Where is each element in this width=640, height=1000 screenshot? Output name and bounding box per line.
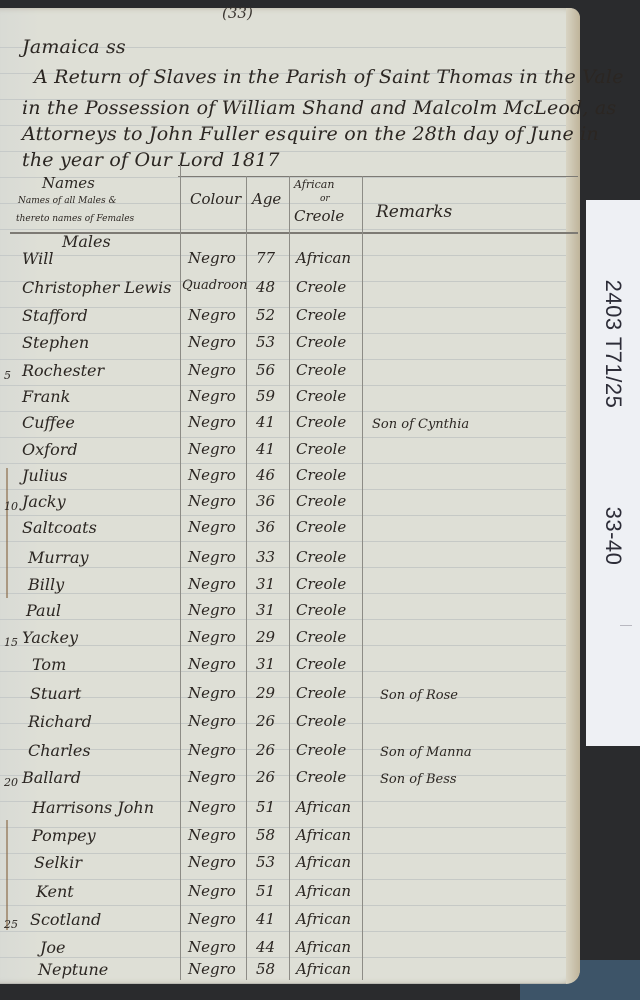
name-cell: Cuffee [22,413,75,432]
age-cell: 33 [256,548,275,566]
origin-cell: Creole [296,655,346,673]
header-origin-or: or [320,194,330,204]
remarks-cell: Son of Cynthia [372,417,469,432]
heading-line-4: Attorneys to John Fuller esquire on the … [22,123,599,145]
table-row: Richard Negro 26 Creole [0,712,560,738]
table-row: Stafford Negro 52 Creole [0,306,560,332]
origin-cell: African [296,826,351,844]
colour-cell: Negro [188,910,236,928]
origin-cell: Creole [296,361,346,379]
colour-cell: Negro [188,768,236,786]
age-cell: 36 [256,492,275,510]
colour-cell: Negro [188,492,236,510]
colour-cell: Negro [188,741,236,759]
row-number: 15 [4,636,18,649]
origin-cell: Creole [296,684,346,702]
table-row: Harrisons John Negro 51 African [0,798,560,824]
origin-cell: Creole [296,628,346,646]
age-cell: 26 [256,712,275,730]
colour-cell: Negro [188,882,236,900]
heading-line-3: in the Possession of William Shand and M… [22,97,616,119]
name-cell: Julius [22,466,67,485]
name-cell: Paul [26,601,61,620]
age-cell: 52 [256,306,275,324]
row-number: 5 [4,369,11,382]
header-origin-creole: Creole [294,207,344,225]
age-cell: 58 [256,960,275,978]
table-row: Frank Negro 59 Creole [0,387,560,413]
table-row: Selkir Negro 53 African [0,853,560,879]
colour-cell: Negro [188,306,236,324]
table-row: Paul Negro 31 Creole [0,601,560,627]
name-cell: Jacky [22,492,66,511]
origin-cell: African [296,853,351,871]
archive-page-range: 33-40 [600,507,626,566]
colour-cell: Negro [188,853,236,871]
heading-line-2: A Return of Slaves in the Parish of Sain… [34,66,624,88]
name-cell: Christopher Lewis [22,278,171,297]
origin-cell: Creole [296,548,346,566]
header-names-sub2: thereto names of Females [16,214,134,224]
name-cell: Yackey [22,628,78,647]
label-mark [620,625,632,626]
origin-cell: Creole [296,413,346,431]
age-cell: 41 [256,413,275,431]
header-names-sub1: Names of all Males & [18,196,116,206]
header-age: Age [252,190,281,208]
colour-cell: Negro [188,333,236,351]
heading-line-1: Jamaica ss [22,36,126,58]
age-cell: 56 [256,361,275,379]
age-cell: 77 [256,249,275,267]
colour-cell: Negro [188,249,236,267]
colour-cell: Negro [188,413,236,431]
age-cell: 58 [256,826,275,844]
header-names: Names [42,174,95,192]
name-cell: Harrisons John [32,798,154,817]
table-row: Christopher Lewis Quadroon 48 Creole [0,278,560,304]
table-row: Oxford Negro 41 Creole [0,440,560,466]
table-row: Kent Negro 51 African [0,882,560,908]
name-cell: Ballard [22,768,81,787]
table-row: 20 Ballard Negro 26 Creole Son of Bess [0,768,560,794]
table-row: Neptune Negro 58 African [0,960,560,986]
name-cell: Charles [28,741,91,760]
colour-cell: Negro [188,684,236,702]
origin-cell: Creole [296,492,346,510]
colour-cell: Negro [188,575,236,593]
colour-cell: Negro [188,361,236,379]
name-cell: Billy [28,575,64,594]
table-row: Charles Negro 26 Creole Son of Manna [0,741,560,767]
name-cell: Neptune [38,960,108,979]
name-cell: Pompey [32,826,96,845]
origin-cell: African [296,882,351,900]
colour-cell: Negro [188,387,236,405]
age-cell: 36 [256,518,275,536]
age-cell: 51 [256,798,275,816]
table-row: Saltcoats Negro 36 Creole [0,518,560,544]
header-colour: Colour [190,190,241,208]
name-cell: Rochester [22,361,104,380]
table-row: Billy Negro 31 Creole [0,575,560,601]
origin-cell: Creole [296,768,346,786]
age-cell: 29 [256,684,275,702]
age-cell: 44 [256,938,275,956]
age-cell: 46 [256,466,275,484]
row-number: 25 [4,918,18,931]
table-row: Will Negro 77 African [0,249,560,275]
origin-cell: Creole [296,601,346,619]
colour-cell: Negro [188,960,236,978]
page-number: (33) [222,4,253,22]
remarks-cell: Son of Rose [380,688,458,703]
origin-cell: Creole [296,333,346,351]
colour-cell: Negro [188,712,236,730]
origin-cell: Creole [296,518,346,536]
age-cell: 41 [256,910,275,928]
row-number: 10 [4,500,18,513]
origin-cell: African [296,249,351,267]
table-row: 25 Scotland Negro 41 African [0,910,560,936]
colour-cell: Negro [188,518,236,536]
name-cell: Oxford [22,440,78,459]
origin-cell: Creole [296,387,346,405]
age-cell: 51 [256,882,275,900]
origin-cell: African [296,938,351,956]
header-remarks: Remarks [376,202,452,222]
age-cell: 26 [256,741,275,759]
age-cell: 31 [256,575,275,593]
table-row: 5 Rochester Negro 56 Creole [0,361,560,387]
table-row: Cuffee Negro 41 Creole Son of Cynthia [0,413,560,439]
colour-cell: Negro [188,548,236,566]
age-cell: 53 [256,333,275,351]
age-cell: 31 [256,601,275,619]
colour-cell: Negro [188,938,236,956]
age-cell: 26 [256,768,275,786]
age-cell: 48 [256,278,275,296]
colour-cell: Quadroon [182,278,247,293]
name-cell: Joe [40,938,66,957]
origin-cell: Creole [296,575,346,593]
colour-cell: Negro [188,628,236,646]
age-cell: 59 [256,387,275,405]
origin-cell: African [296,798,351,816]
header-origin-african: African [294,178,334,191]
colour-cell: Negro [188,826,236,844]
name-cell: Will [22,249,54,268]
age-cell: 31 [256,655,275,673]
origin-cell: Creole [296,278,346,296]
name-cell: Tom [32,655,66,674]
name-cell: Stephen [22,333,89,352]
origin-cell: African [296,960,351,978]
name-cell: Scotland [30,910,101,929]
age-cell: 41 [256,440,275,458]
age-cell: 29 [256,628,275,646]
origin-cell: Creole [296,712,346,730]
name-cell: Stafford [22,306,88,325]
row-number: 20 [4,776,18,789]
name-cell: Saltcoats [22,518,97,537]
colour-cell: Negro [188,798,236,816]
page-edge [566,8,580,984]
table-row: Julius Negro 46 Creole [0,466,560,492]
table-row: Tom Negro 31 Creole [0,655,560,681]
colour-cell: Negro [188,601,236,619]
origin-cell: African [296,910,351,928]
remarks-cell: Son of Bess [380,772,457,787]
table-row: Murray Negro 33 Creole [0,548,560,574]
name-cell: Richard [28,712,92,731]
table-row: 15 Yackey Negro 29 Creole [0,628,560,654]
header-top-rule [178,176,578,177]
archive-reference: 2403 T71/25 [600,280,626,409]
age-cell: 53 [256,853,275,871]
origin-cell: Creole [296,440,346,458]
table-row: Pompey Negro 58 African [0,826,560,852]
table-row: Stuart Negro 29 Creole Son of Rose [0,684,560,710]
colour-cell: Negro [188,466,236,484]
name-cell: Murray [28,548,89,567]
name-cell: Kent [36,882,74,901]
name-cell: Stuart [30,684,81,703]
origin-cell: Creole [296,741,346,759]
colour-cell: Negro [188,655,236,673]
origin-cell: Creole [296,466,346,484]
colour-cell: Negro [188,440,236,458]
name-cell: Selkir [34,853,82,872]
origin-cell: Creole [296,306,346,324]
table-row: Stephen Negro 53 Creole [0,333,560,359]
name-cell: Frank [22,387,70,406]
table-row: 10 Jacky Negro 36 Creole [0,492,560,518]
heading-line-5: the year of Our Lord 1817 [22,149,280,171]
remarks-cell: Son of Manna [380,745,472,760]
